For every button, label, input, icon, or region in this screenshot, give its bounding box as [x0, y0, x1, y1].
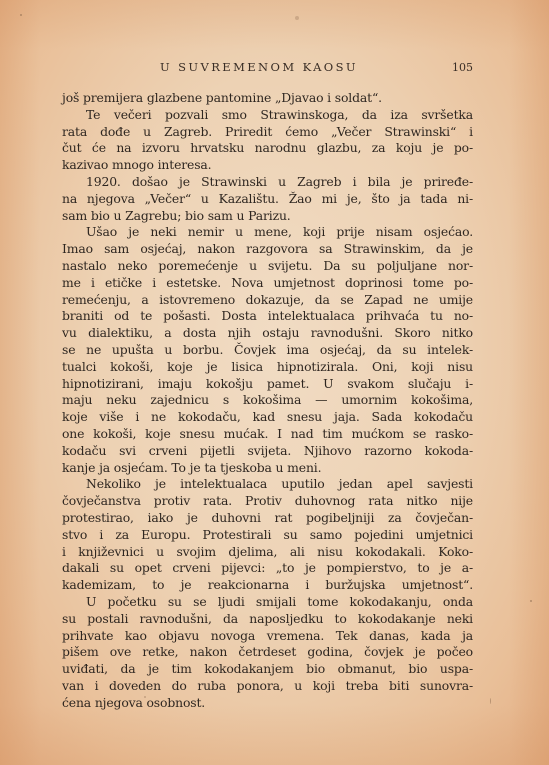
running-head: U SUVREMENOM KAOSU 105: [62, 60, 473, 78]
text-line: su postali ravnodušni, da naposljedku to…: [62, 611, 473, 628]
text-line: Te večeri pozvali smo Strawinskoga, da i…: [62, 107, 473, 124]
text-line: na njegova „Večer“ u Kazalištu. Žao mi j…: [62, 191, 473, 208]
text-line: nastalo neko poremećenje u svijetu. Da s…: [62, 258, 473, 275]
text-line: se ne upušta u borbu. Čovjek ima osjećaj…: [62, 342, 473, 359]
text-line: ćena njegova osobnost.: [62, 695, 473, 712]
text-line: još premijera glazbene pantomine „Djavao…: [62, 90, 473, 107]
text-line: čovječanstva protiv rata. Protiv duhovno…: [62, 493, 473, 510]
paper-speck: [20, 14, 22, 16]
text-line: pišem ove retke, nakon četrdeset godina,…: [62, 644, 473, 661]
text-line: maju neku zajednicu s kokošima — umornim…: [62, 392, 473, 409]
running-title: U SUVREMENOM KAOSU: [160, 60, 358, 74]
text-line: koje više i ne kokodaču, kad snesu jaja.…: [62, 409, 473, 426]
text-line: uviđati, da je tim kokodakanjem bio obma…: [62, 661, 473, 678]
text-line: hipnotizirani, imaju kokošju pamet. U sv…: [62, 376, 473, 393]
text-line: Ušao je neki nemir u mene, koji prije ni…: [62, 224, 473, 241]
text-line: sam bio u Zagrebu; bio sam u Parizu.: [62, 208, 473, 225]
paper-speck: [490, 698, 491, 704]
text-line: one kokoši, koje snesu mućak. I nad tim …: [62, 426, 473, 443]
page-number: 105: [452, 61, 473, 74]
body-text: još premijera glazbene pantomine „Djavao…: [62, 90, 473, 711]
text-line: prihvate kao objavu novoga vremena. Tek …: [62, 628, 473, 645]
paper-speck: [295, 16, 299, 20]
text-line: Imao sam osjećaj, nakon razgovora sa Str…: [62, 241, 473, 258]
text-line: Nekoliko je intelektualaca uputilo jedan…: [62, 476, 473, 493]
text-line: dakali su opet crveni pijevci: „to je po…: [62, 560, 473, 577]
text-line: tualci kokoši, koje je lisica hipnotizir…: [62, 359, 473, 376]
text-line: braniti od te pošasti. Dosta intelektual…: [62, 308, 473, 325]
text-line: protestirao, iako je duhovni rat pogibel…: [62, 510, 473, 527]
text-line: rata dođe u Zagreb. Priredit ćemo „Večer…: [62, 124, 473, 141]
text-line: vu dialektiku, a dosta njih ostaju ravno…: [62, 325, 473, 342]
text-line: kodaču svi crveni pijetli svijeta. Njiho…: [62, 443, 473, 460]
text-line: remećenju, a istovremeno dokazuje, da se…: [62, 292, 473, 309]
text-line: čut će na izvoru hrvatsku narodnu glazbu…: [62, 140, 473, 157]
text-line: 1920. došao je Strawinski u Zagreb i bil…: [62, 174, 473, 191]
text-line: kanje ja osjećam. To je ta tjeskoba u me…: [62, 460, 473, 477]
text-line: stvo i za Europu. Protestirali su samo p…: [62, 527, 473, 544]
text-line: i književnici u svojim djelima, ali nisu…: [62, 544, 473, 561]
text-line: kazivao mnogo interesa.: [62, 157, 473, 174]
text-line: me i etičke i estetske. Nova umjetnost d…: [62, 275, 473, 292]
text-line: van i doveden do ruba ponora, u koji tre…: [62, 678, 473, 695]
text-line: U početku su se ljudi smijali tome kokod…: [62, 594, 473, 611]
paper-speck: [530, 600, 532, 602]
text-line: kademizam, to je reakcionarna i buržujsk…: [62, 577, 473, 594]
book-page: U SUVREMENOM KAOSU 105 još premijera gla…: [0, 0, 549, 765]
